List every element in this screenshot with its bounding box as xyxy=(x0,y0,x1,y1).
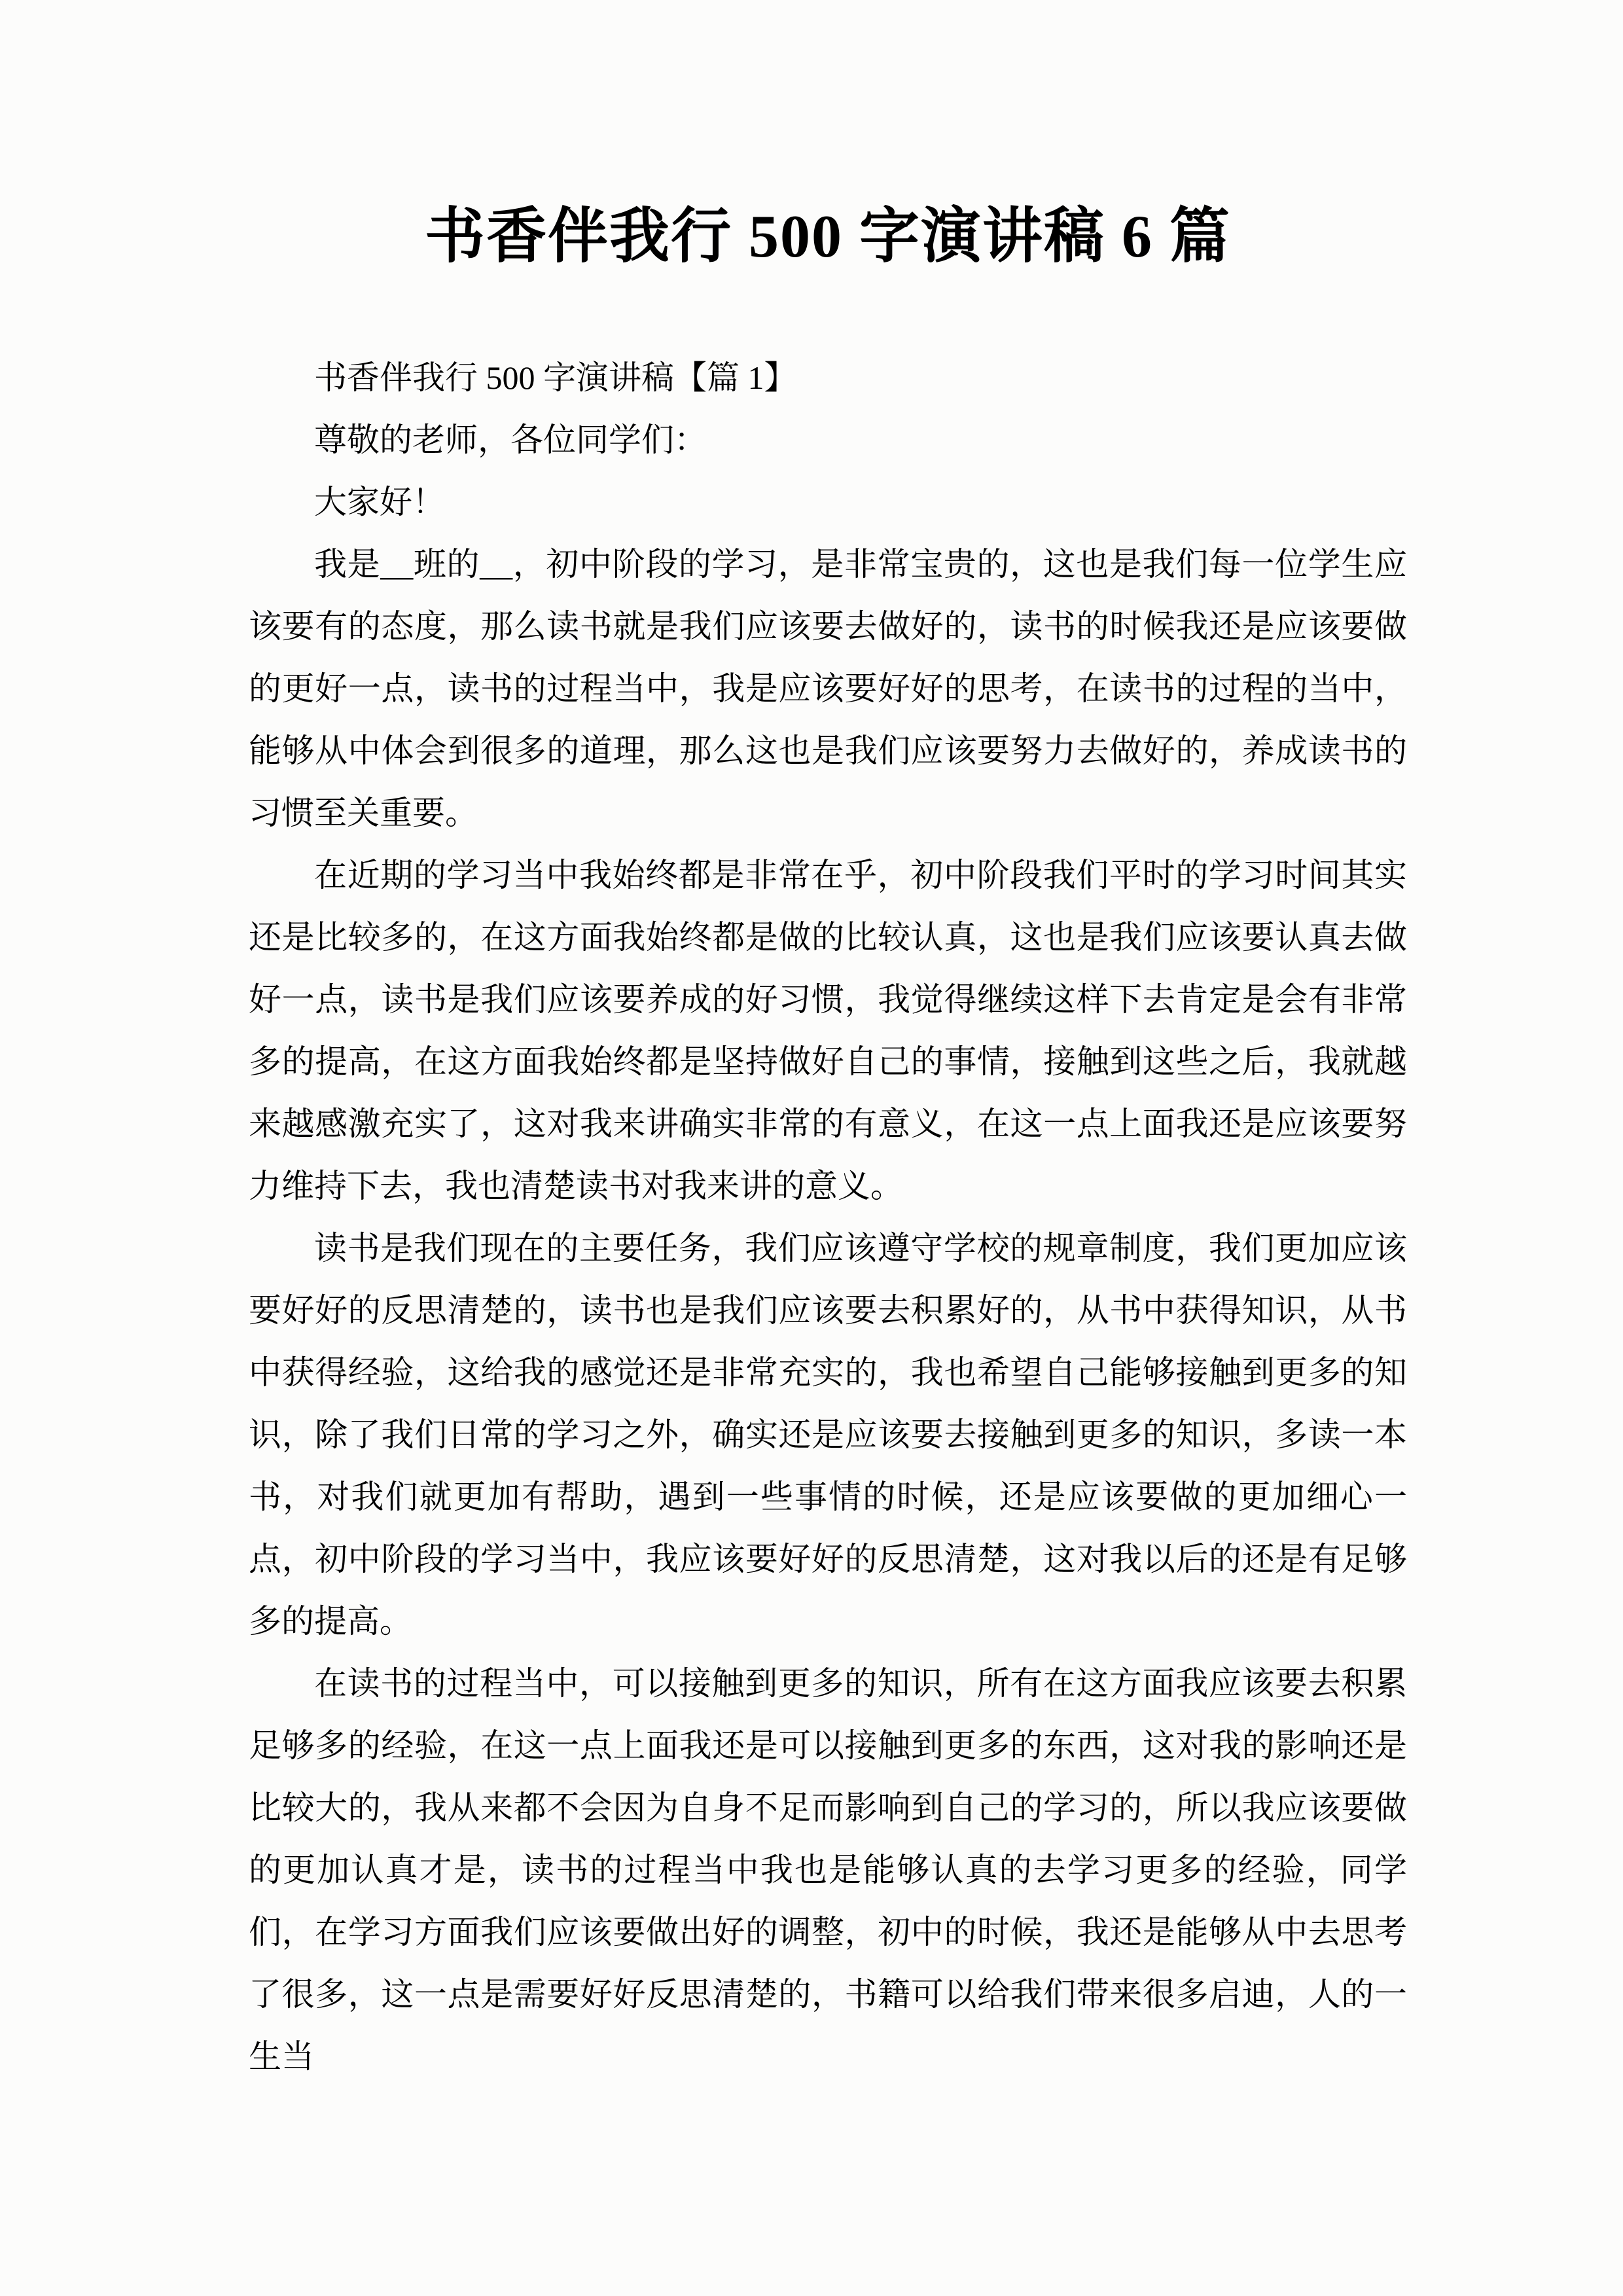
body-paragraph-2: 在近期的学习当中我始终都是非常在乎，初中阶段我们平时的学习时间其实还是比较多的，… xyxy=(249,844,1407,1217)
section-heading-pian-1: 书香伴我行 500 字演讲稿【篇 1】 xyxy=(249,347,1407,409)
body-paragraph-3: 读书是我们现在的主要任务，我们应该遵守学校的规章制度，我们更加应该要好好的反思清… xyxy=(249,1217,1407,1653)
body-paragraph-1: 我是__班的__，初中阶段的学习，是非常宝贵的，这也是我们每一位学生应该要有的态… xyxy=(249,533,1407,844)
document-page: 书香伴我行 500 字演讲稿 6 篇 书香伴我行 500 字演讲稿【篇 1】 尊… xyxy=(0,0,1623,2296)
document-title: 书香伴我行 500 字演讲稿 6 篇 xyxy=(249,193,1407,279)
salutation-line: 尊敬的老师，各位同学们： xyxy=(249,409,1407,471)
greeting-line: 大家好！ xyxy=(249,471,1407,533)
body-paragraph-4: 在读书的过程当中，可以接触到更多的知识，所有在这方面我应该要去积累足够多的经验，… xyxy=(249,1653,1407,2088)
document-content: 书香伴我行 500 字演讲稿 6 篇 书香伴我行 500 字演讲稿【篇 1】 尊… xyxy=(249,193,1407,2088)
document-body: 书香伴我行 500 字演讲稿【篇 1】 尊敬的老师，各位同学们： 大家好！ 我是… xyxy=(249,347,1407,2088)
